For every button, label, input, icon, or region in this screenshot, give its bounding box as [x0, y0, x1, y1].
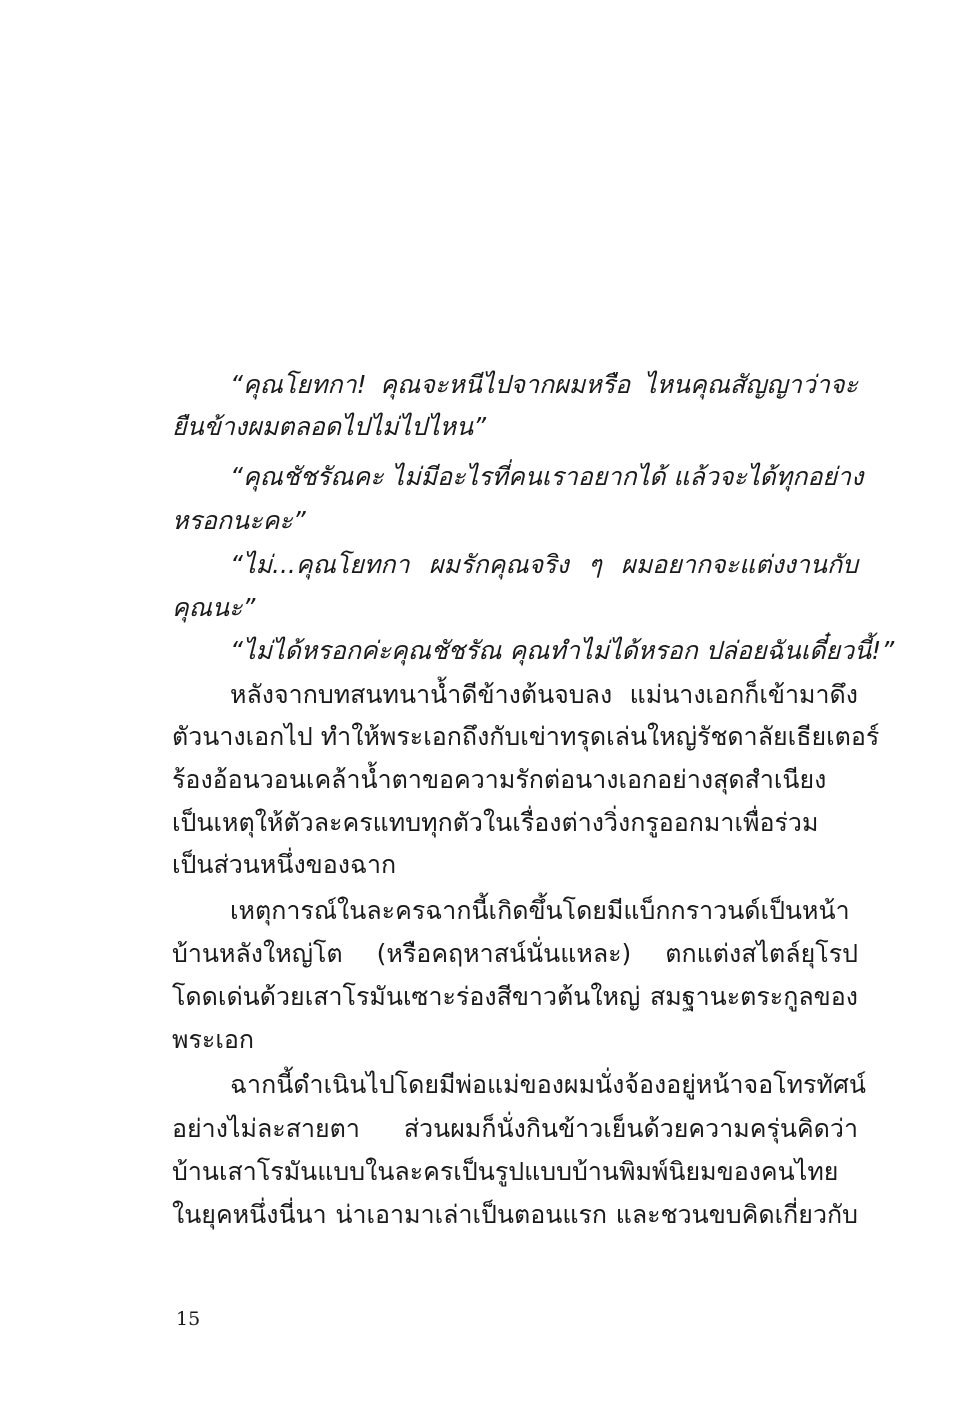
paragraph-line: เป็นเหตุให้ตัวละครแทบทุกตัวในเรื่องต่างว…: [172, 802, 858, 844]
dialogue-line: “ไม่ได้หรอกค่ะคุณชัชรัณ คุณทำไม่ได้หรอก …: [230, 630, 858, 672]
book-page: “คุณโยทกา! คุณจะหนีไปจากผมหรือ ไหนคุณสัญ…: [0, 0, 967, 1407]
paragraph-line: โดดเด่นด้วยเสาโรมันเซาะร่องสีขาวต้นใหญ่ …: [172, 976, 858, 1018]
dialogue-line: “คุณโยทกา! คุณจะหนีไปจากผมหรือ ไหนคุณสัญ…: [230, 364, 858, 406]
paragraph-line: อย่างไม่ละสายตา ส่วนผมก็นั่งกินข้าวเย็นด…: [172, 1108, 858, 1150]
paragraph-line: ในยุคหนึ่งนี่นา น่าเอามาเล่าเป็นตอนแรก แ…: [172, 1194, 858, 1236]
paragraph-line: เหตุการณ์ในละครฉากนี้เกิดขึ้นโดยมีแบ็กกร…: [230, 890, 858, 932]
dialogue-line: “ไม่...คุณโยทกา ผมรักคุณจริง ๆ ผมอยากจะแ…: [230, 544, 858, 586]
paragraph-line: บ้านเสาโรมันแบบในละครเป็นรูปแบบบ้านพิมพ์…: [172, 1151, 858, 1193]
paragraph-line: หลังจากบทสนทนาน้ำดีข้างต้นจบลง แม่นางเอก…: [230, 674, 858, 716]
page-number: 15: [176, 1308, 200, 1330]
paragraph-line: ตัวนางเอกไป ทำให้พระเอกถึงกับเข่าทรุดเล่…: [172, 716, 858, 758]
paragraph-line: บ้านหลังใหญ่โต (หรือคฤหาสน์นั่นแหละ) ตกแ…: [172, 933, 858, 975]
paragraph-line: เป็นส่วนหนึ่งของฉาก: [172, 844, 858, 886]
paragraph-line: ร้องอ้อนวอนเคล้าน้ำตาขอความรักต่อนางเอกอ…: [172, 759, 858, 801]
paragraph-line: พระเอก: [172, 1019, 858, 1061]
dialogue-line: หรอกนะคะ”: [172, 500, 858, 542]
dialogue-line: “คุณชัชรัณคะ ไม่มีอะไรที่คนเราอยากได้ แล…: [230, 456, 858, 498]
dialogue-line: คุณนะ”: [172, 587, 858, 629]
paragraph-line: ฉากนี้ดำเนินไปโดยมีพ่อแม่ของผมนั่งจ้องอย…: [230, 1064, 858, 1106]
dialogue-line: ยืนข้างผมตลอดไปไม่ไปไหน”: [172, 406, 858, 448]
